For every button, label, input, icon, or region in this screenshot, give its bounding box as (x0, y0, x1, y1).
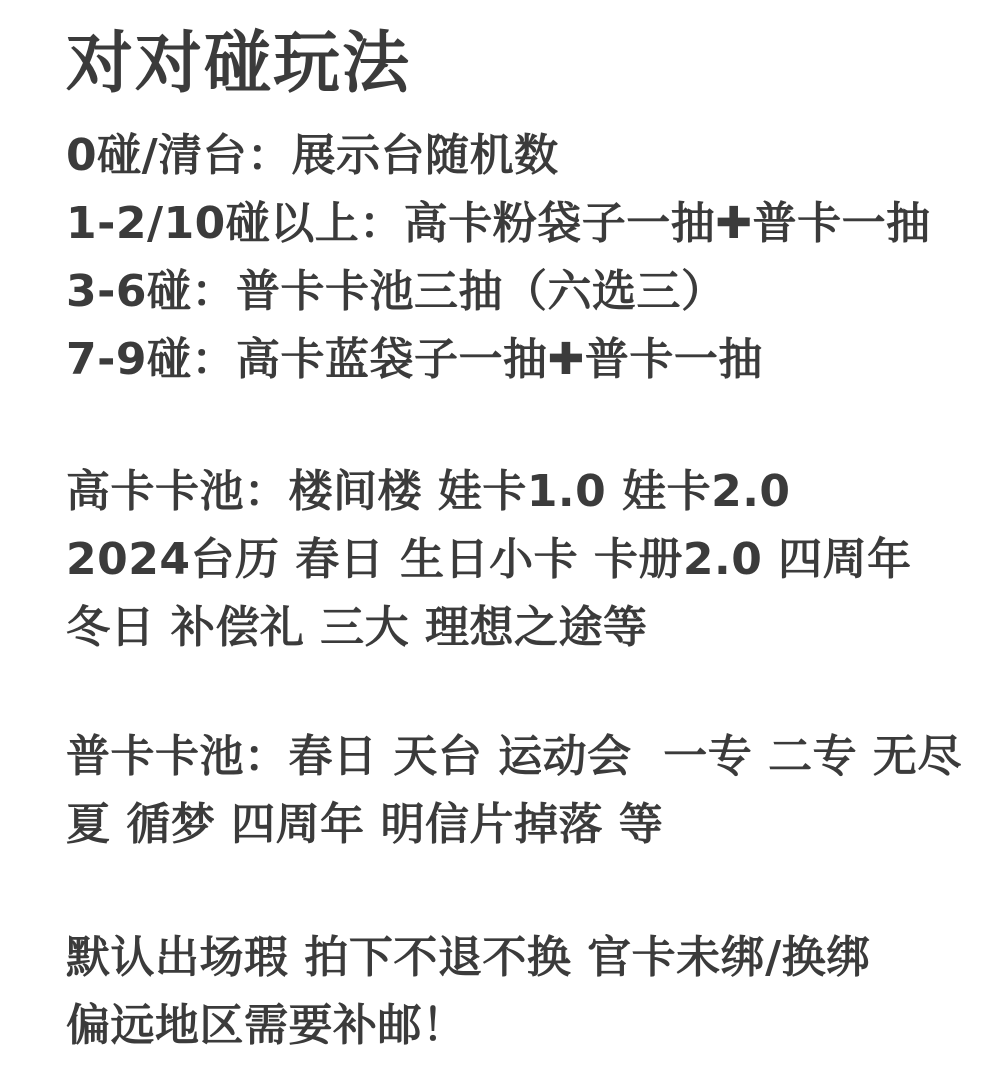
disclaimer-line-1: 默认出场瑕 拍下不退不换 官卡未绑/换绑 (66, 924, 974, 992)
page-title: 对对碰玩法 (66, 18, 974, 108)
disclaimer-section: 默认出场瑕 拍下不退不换 官卡未绑/换绑 偏远地区需要补邮！ (66, 924, 974, 1060)
high-card-pool-line-3: 冬日 补偿礼 三大 理想之途等 (66, 594, 974, 662)
bump-rules-section: 0碰/清台：展示台随机数 1-2/10碰以上：高卡粉袋子一抽✚普卡一抽 3-6碰… (66, 122, 974, 394)
high-card-pool-line-2: 2024台历 春日 生日小卡 卡册2.0 四周年 (66, 526, 974, 594)
normal-card-pool-line-1: 普卡卡池：春日 天台 运动会 一专 二专 无尽 (66, 723, 974, 791)
product-rules-page: 对对碰玩法 0碰/清台：展示台随机数 1-2/10碰以上：高卡粉袋子一抽✚普卡一… (0, 0, 1004, 1080)
high-card-pool-section: 高卡卡池：楼间楼 娃卡1.0 娃卡2.0 2024台历 春日 生日小卡 卡册2.… (66, 458, 974, 662)
rule-line-7-9-bump: 7-9碰：高卡蓝袋子一抽✚普卡一抽 (66, 326, 974, 394)
normal-card-pool-section: 普卡卡池：春日 天台 运动会 一专 二专 无尽 夏 循梦 四周年 明信片掉落 等 (66, 723, 974, 859)
high-card-pool-line-1: 高卡卡池：楼间楼 娃卡1.0 娃卡2.0 (66, 458, 974, 526)
rule-line-3-6-bump: 3-6碰：普卡卡池三抽（六选三） (66, 258, 974, 326)
rule-line-1-2-10-bump: 1-2/10碰以上：高卡粉袋子一抽✚普卡一抽 (66, 190, 974, 258)
disclaimer-line-2: 偏远地区需要补邮！ (66, 992, 974, 1060)
normal-card-pool-line-2: 夏 循梦 四周年 明信片掉落 等 (66, 791, 974, 859)
rule-line-0-bump: 0碰/清台：展示台随机数 (66, 122, 974, 190)
